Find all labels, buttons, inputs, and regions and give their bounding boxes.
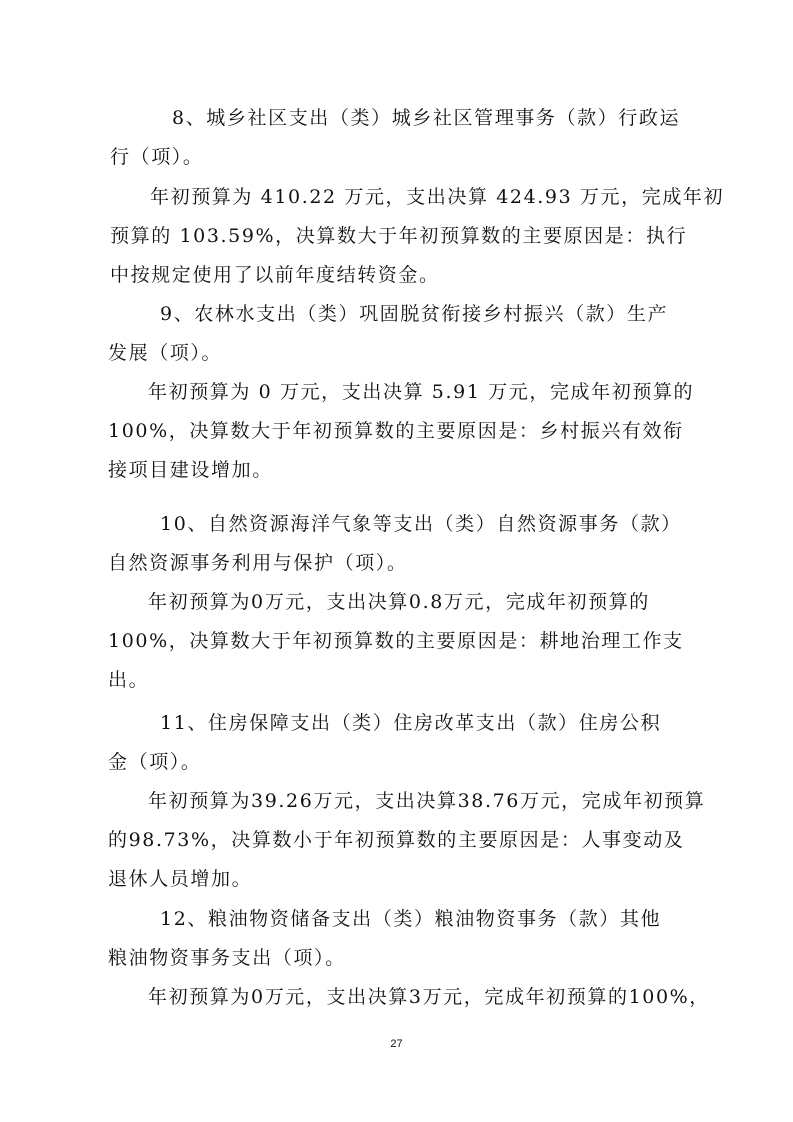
section-8-body-line-2: 预算的 103.59%，决算数大于年初预算数的主要原因是：执行 xyxy=(110,224,687,248)
section-11-body-line-1: 年初预算为39.26万元，支出决算38.76万元，完成年初预算 xyxy=(148,789,705,813)
section-9-heading-line-2: 发展（项）。 xyxy=(108,341,222,365)
section-10-heading-line-1: 10、自然资源海洋气象等支出（类）自然资源事务（款） xyxy=(160,512,682,536)
section-11-heading-line-1: 11、住房保障支出（类）住房改革支出（款）住房公积 xyxy=(160,711,661,735)
section-9-heading-line-1: 9、农林水支出（类）巩固脱贫衔接乡村振兴（款）生产 xyxy=(160,302,668,326)
section-12-body-line-1: 年初预算为0万元，支出决算3万元，完成年初预算的100%， xyxy=(148,985,710,1009)
section-8-heading-line-2: 行（项）。 xyxy=(110,145,204,169)
section-10-body-line-3: 出。 xyxy=(108,668,149,692)
section-11-body-line-2: 的98.73%，决算数小于年初预算数的主要原因是：人事变动及 xyxy=(108,828,684,852)
section-12-heading-line-1: 12、粮油物资储备支出（类）粮油物资事务（款）其他 xyxy=(160,907,661,931)
section-10-body-line-2: 100%，决算数大于年初预算数的主要原因是：耕地治理工作支 xyxy=(108,629,684,653)
section-8-body-line-3: 中按规定使用了以前年度结转资金。 xyxy=(110,263,440,287)
section-9-body-line-1: 年初预算为 0 万元，支出决算 5.91 万元，完成年初预算的 xyxy=(148,380,694,404)
section-10-body-line-1: 年初预算为0万元，支出决算0.8万元，完成年初预算的 xyxy=(148,590,650,614)
page-number: 27 xyxy=(0,1038,793,1050)
section-11-heading-line-2: 金（项）。 xyxy=(108,750,202,774)
section-12-heading-line-2: 粮油物资事务支出（项）。 xyxy=(108,946,346,970)
section-9-body-line-2: 100%，决算数大于年初预算数的主要原因是：乡村振兴有效衔 xyxy=(108,419,684,443)
section-9-body-line-3: 接项目建设增加。 xyxy=(108,458,273,482)
section-8-heading-line-1: 8、城乡社区支出（类）城乡社区管理事务（款）行政运 xyxy=(172,106,680,130)
section-11-body-line-3: 退休人员增加。 xyxy=(108,867,252,891)
document-page: 8、城乡社区支出（类）城乡社区管理事务（款）行政运 行（项）。 年初预算为 41… xyxy=(0,0,793,1122)
section-10-heading-line-2: 自然资源事务利用与保护（项）。 xyxy=(108,551,408,575)
section-8-body-line-1: 年初预算为 410.22 万元，支出决算 424.93 万元，完成年初 xyxy=(150,185,724,209)
